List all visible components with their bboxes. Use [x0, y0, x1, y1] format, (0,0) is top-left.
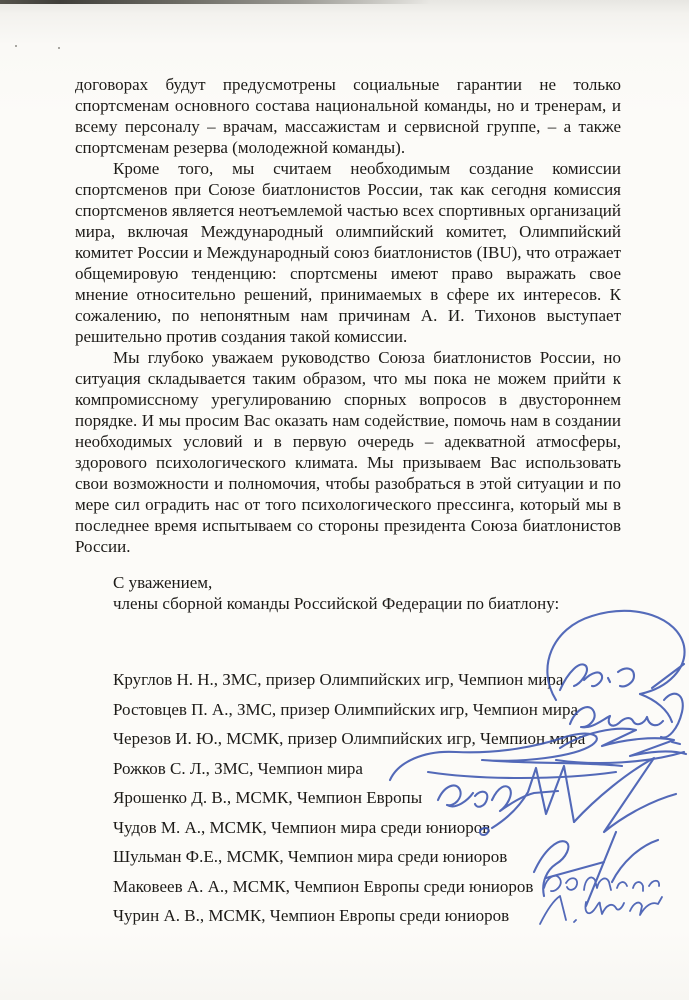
- letter-body: договорах будут предусмотрены социальные…: [75, 74, 621, 937]
- signer-line-rostovtsev: Ростовцев П. А., ЗМС, призер Олимпийских…: [113, 701, 621, 718]
- signer-line-churin: Чурин А. В., МСМК, Чемпион Европы среди …: [113, 907, 621, 924]
- scan-edge-artifact: [0, 0, 430, 4]
- scan-speck: [58, 47, 60, 49]
- paragraph-social-guarantees: договорах будут предусмотрены социальные…: [75, 74, 621, 158]
- signer-line-chudov: Чудов М. А., МСМК, Чемпион мира среди юн…: [113, 819, 621, 836]
- signer-line-yaroshenko: Ярошенко Д. В., МСМК, Чемпион Европы: [113, 789, 621, 806]
- scanned-letter-page: договорах будут предусмотрены социальные…: [0, 0, 689, 1000]
- paragraph-athletes-commission: Кроме того, мы считаем необходимым созда…: [75, 158, 621, 347]
- signer-line-kruglov: Круглов Н. Н., ЗМС, призер Олимпийских и…: [113, 671, 621, 688]
- signers-list: Круглов Н. Н., ЗМС, призер Олимпийских и…: [75, 671, 621, 924]
- scan-speck: [15, 45, 17, 47]
- paragraph-request-for-help: Мы глубоко уважаем руководство Союза биа…: [75, 347, 621, 557]
- signer-line-makoveev: Маковеев А. А., МСМК, Чемпион Европы сре…: [113, 878, 621, 895]
- signer-line-rozhkov: Рожков С. Л., ЗМС, Чемпион мира: [113, 760, 621, 777]
- closing-block: С уважением, члены сборной команды Росси…: [113, 572, 621, 614]
- closing-salutation: С уважением,: [113, 572, 621, 593]
- signer-line-cherezov: Черезов И. Ю., МСМК, призер Олимпийских …: [113, 730, 621, 747]
- signer-line-shulman: Шульман Ф.Е., МСМК, Чемпион мира среди ю…: [113, 848, 621, 865]
- closing-signers-intro: члены сборной команды Российской Федерац…: [113, 593, 621, 614]
